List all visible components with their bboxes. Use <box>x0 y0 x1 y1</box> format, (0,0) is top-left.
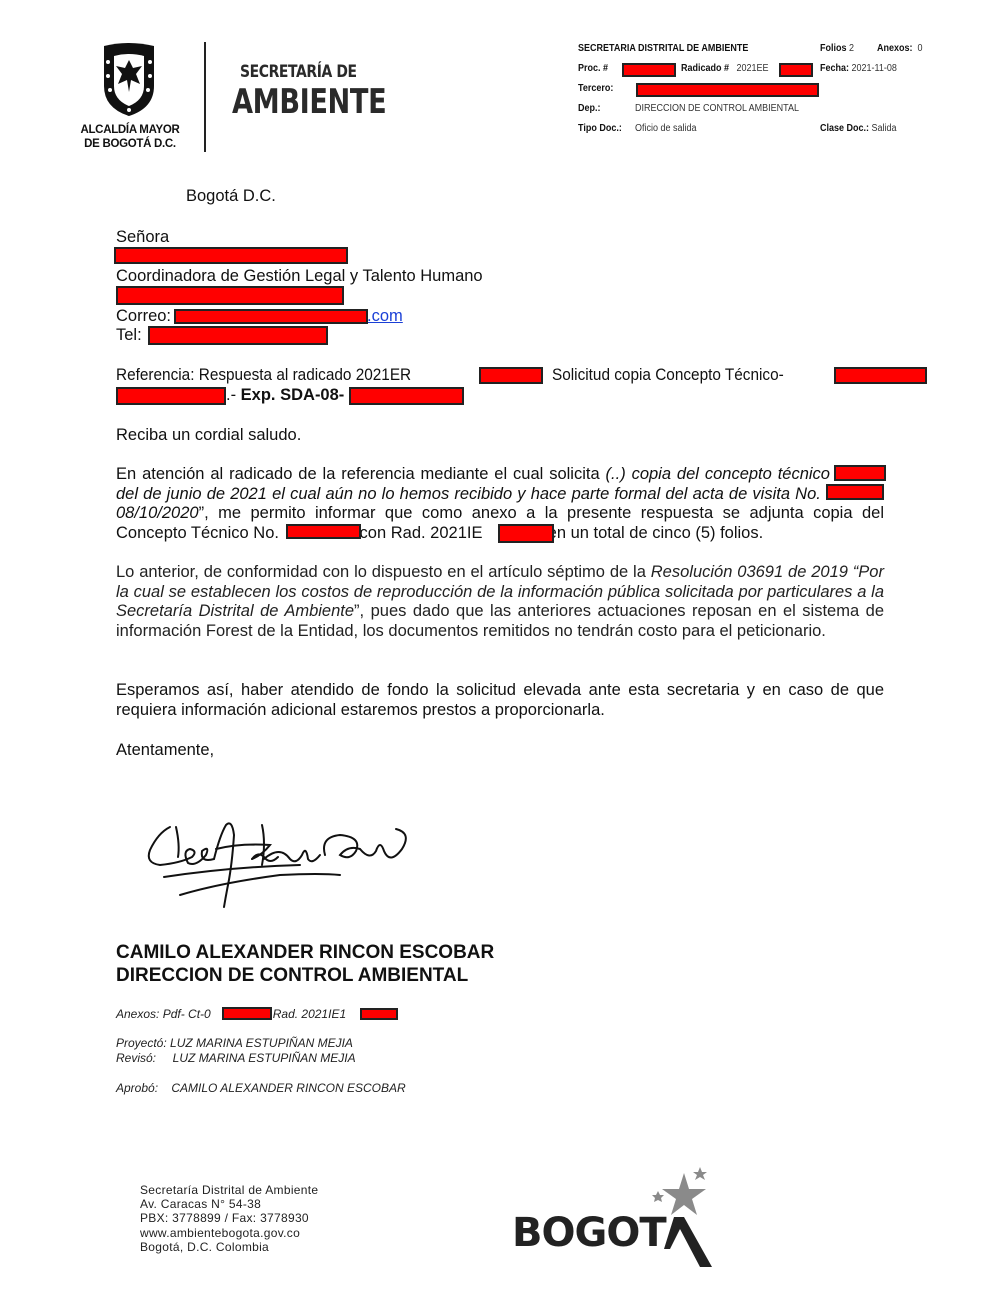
redaction-box <box>826 484 884 500</box>
footer-line: Bogotá, D.C. Colombia <box>140 1240 318 1254</box>
reference-sep: .- <box>226 386 241 404</box>
logo-line-2: DE BOGOTÁ D.C. <box>80 137 180 151</box>
meta-dep-label: Dep.: <box>578 103 601 114</box>
redaction-box <box>479 367 543 384</box>
redaction-box <box>636 83 819 97</box>
redaction-box <box>174 309 368 324</box>
meta-entity: SECRETARIA DISTRITAL DE AMBIENTE <box>578 43 748 54</box>
paragraph-2: Lo anterior, de conformidad con lo dispu… <box>116 563 884 641</box>
paragraph-3: Esperamos así, haber atendido de fondo l… <box>116 681 884 720</box>
redaction-box <box>498 524 554 543</box>
reference-line-2: .- Exp. SDA-08- <box>226 386 344 406</box>
footer-website[interactable]: www.ambientebogota.gov.co <box>140 1226 318 1240</box>
recipient-role: Coordinadora de Gestión Legal y Talento … <box>116 267 483 287</box>
meta-proc-label: Proc. # <box>578 63 608 74</box>
secretaria-logo-line1: SECRETARÍA DE <box>240 62 357 82</box>
redaction-box <box>622 63 676 77</box>
secretaria-logo-line2: AMBIENTE <box>232 82 386 122</box>
meta-tipo-value: Oficio de salida <box>635 123 697 134</box>
redaction-box <box>360 1008 398 1020</box>
footer-line: Secretaría Distrital de Ambiente <box>140 1183 318 1197</box>
anexos-text: Anexos: Pdf- Ct-0 <box>116 1007 211 1021</box>
meta-fecha: Fecha: 2021-11-08 <box>820 63 897 74</box>
proyecto-line: Proyectó: LUZ MARINA ESTUPIÑAN MEJIA <box>116 1036 353 1050</box>
salutation-title: Señora <box>116 228 169 248</box>
meta-tipo-label: Tipo Doc.: <box>578 123 622 134</box>
redaction-box <box>148 326 328 345</box>
redaction-box <box>222 1007 272 1020</box>
closing: Atentamente, <box>116 741 214 761</box>
meta-radicado: Radicado # 2021EE <box>681 63 769 74</box>
redaction-box <box>834 367 927 384</box>
expediente-label: Exp. SDA-08- <box>241 386 345 404</box>
p1-quote-1: (..) copia del concepto técnico <box>606 465 830 483</box>
bogota-coat-of-arms-icon <box>100 42 158 118</box>
redaction-box <box>114 247 348 264</box>
aprobo-line: Aprobó: CAMILO ALEXANDER RINCON ESCOBAR <box>116 1081 406 1095</box>
p1-text: En atención al radicado de la referencia… <box>116 465 606 483</box>
greeting: Reciba un cordial saludo. <box>116 426 301 446</box>
redaction-box <box>349 387 464 405</box>
reference-line-1b: Solicitud copia Concepto Técnico- <box>552 366 831 386</box>
footer-address: Secretaría Distrital de Ambiente Av. Car… <box>140 1183 318 1254</box>
email-label: Correo: <box>116 307 171 325</box>
reference-text: Referencia: Respuesta al radicado 2021ER <box>116 366 411 384</box>
city-line: Bogotá D.C. <box>186 187 276 207</box>
meta-dep-value: DIRECCION DE CONTROL AMBIENTAL <box>635 103 799 114</box>
signer-department: DIRECCION DE CONTROL AMBIENTAL <box>116 964 494 987</box>
p2-text: Lo anterior, de conformidad con lo dispu… <box>116 563 651 581</box>
signature-icon <box>140 815 430 910</box>
bogota-logo-stars-icon <box>640 1165 720 1270</box>
footer-line: PBX: 3778899 / Fax: 3778930 <box>140 1211 318 1225</box>
p1-quote-2: del de junio de 2021 el cual aún no lo h… <box>116 485 826 503</box>
redaction-box <box>834 465 886 481</box>
p1-text-4: , en un total de cinco (5) folios. <box>538 524 763 542</box>
tel-label: Tel: <box>116 326 142 346</box>
meta-anexos: Anexos: 0 <box>877 43 923 54</box>
meta-clase: Clase Doc.: Salida <box>820 123 897 134</box>
redaction-box <box>286 524 361 539</box>
redaction-box <box>116 387 226 405</box>
logo-divider <box>204 42 206 152</box>
alcaldia-logo-text: ALCALDÍA MAYOR DE BOGOTÁ D.C. <box>80 123 180 151</box>
meta-tercero-label: Tercero: <box>578 83 613 94</box>
reference-text-2: Solicitud copia Concepto Técnico- <box>552 366 784 384</box>
p1-text-3: con Rad. 2021IE <box>355 524 483 542</box>
meta-folios: Folios 2 <box>820 43 854 54</box>
footer-line: Av. Caracas N° 54-38 <box>140 1197 318 1211</box>
signer-name: CAMILO ALEXANDER RINCON ESCOBAR <box>116 941 494 964</box>
p1-date: 08/10/2020 <box>116 504 199 522</box>
anexos-text-2: 1 Rad. 2021IE1 <box>263 1007 346 1021</box>
logo-line-1: ALCALDÍA MAYOR <box>80 123 180 137</box>
redaction-box <box>116 286 344 305</box>
reviso-line: Revisó: LUZ MARINA ESTUPIÑAN MEJIA <box>116 1051 356 1065</box>
signer-block: CAMILO ALEXANDER RINCON ESCOBAR DIRECCIO… <box>116 941 494 987</box>
redaction-box <box>779 63 813 77</box>
email-link[interactable]: .com <box>367 307 403 325</box>
